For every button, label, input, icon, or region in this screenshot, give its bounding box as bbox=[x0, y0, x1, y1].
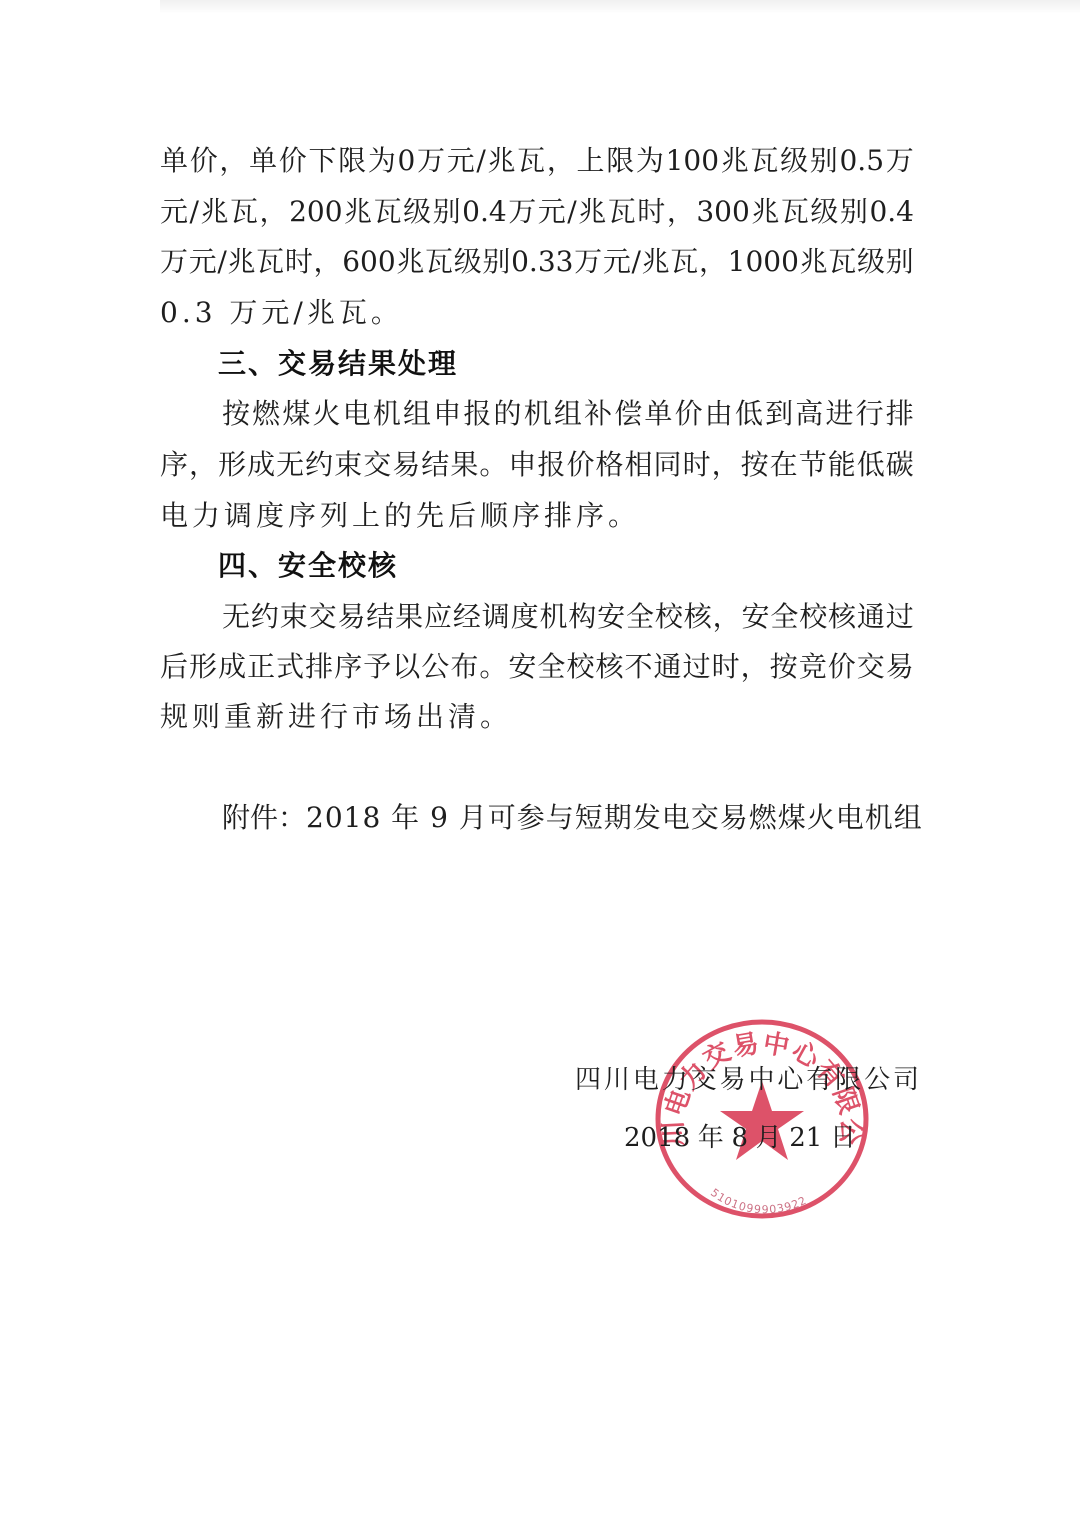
paragraph-line: 规则重新进行市场出清。 bbox=[160, 700, 914, 734]
document-page: 单价，单价下限为0万元/兆瓦，上限为100兆瓦级别0.5万 元/兆瓦，200兆瓦… bbox=[0, 0, 1080, 1527]
attachment-label: 附件： bbox=[222, 801, 306, 835]
paragraph-line: 电力调度序列上的先后顺序排序。 bbox=[160, 499, 914, 533]
attachment-line: 附件： 2018 年 9 月可参与短期发电交易燃煤火电机组 bbox=[222, 801, 914, 835]
paragraph-line: 按燃煤火电机组申报的机组补偿单价由低到高进行排 bbox=[222, 397, 914, 431]
attachment-title: 2018 年 9 月可参与短期发电交易燃煤火电机组 bbox=[306, 801, 923, 835]
section-heading-4: 四、安全校核 bbox=[218, 549, 398, 583]
paragraph-line: 后形成正式排序予以公布。安全校核不通过时，按竞价交易 bbox=[160, 650, 914, 684]
paragraph-line: 0.3 万元/兆瓦。 bbox=[160, 296, 914, 330]
signature-date: 2018年8月21日 bbox=[624, 1121, 856, 1155]
official-seal-icon: 四川电力交易中心有限公司 5101099903922 bbox=[655, 1019, 869, 1219]
paragraph-line: 元/兆瓦，200兆瓦级别0.4万元/兆瓦时，300兆瓦级别0.4 bbox=[160, 195, 914, 229]
signature-organization: 四川电力交易中心有限公司 bbox=[575, 1063, 919, 1097]
paragraph-line: 万元/兆瓦时，600兆瓦级别0.33万元/兆瓦，1000兆瓦级别 bbox=[160, 245, 914, 279]
paragraph-line: 无约束交易结果应经调度机构安全校核，安全校核通过 bbox=[222, 600, 914, 634]
paragraph-line: 序，形成无约束交易结果。申报价格相同时，按在节能低碳 bbox=[160, 448, 914, 482]
paragraph-line: 单价，单价下限为0万元/兆瓦，上限为100兆瓦级别0.5万 bbox=[160, 144, 914, 178]
section-heading-3: 三、交易结果处理 bbox=[218, 347, 458, 381]
